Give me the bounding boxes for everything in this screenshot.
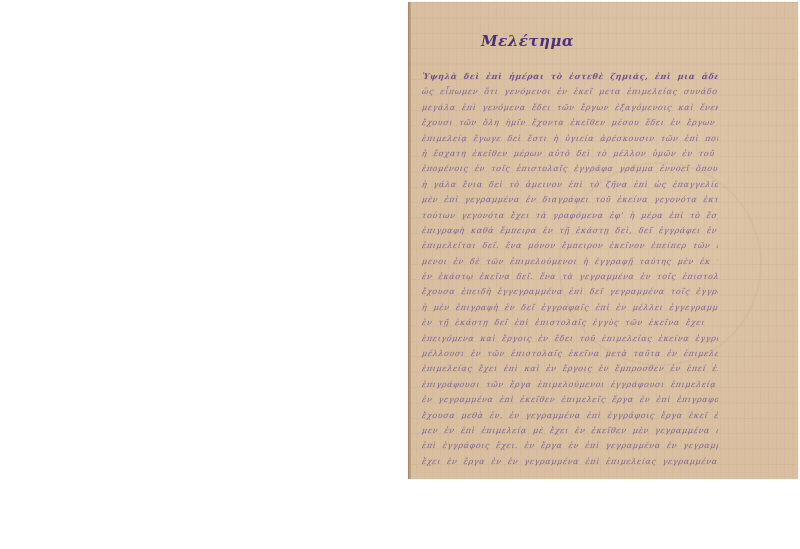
document-title: Μελέτημα	[481, 32, 574, 50]
handwritten-line: ἔχουσα ἐπειδὴ ἐγγεγραμμένα ἐπὶ δεῖ γεγρα…	[421, 284, 719, 299]
handwritten-line: ἐν τῇ ἑκάστῃ δεῖ ἐπὶ ἐπιστολαῖς ἐγγὺς τῶ…	[421, 315, 719, 330]
handwritten-line: ἡ γάλα ἔνια δεὶ τὸ ἀμεινον ἐπὶ τὸ ζῆνα ἐ…	[421, 177, 719, 192]
handwritten-line: ἡ ἔσχατη ἐκεῖθεν μέρων αὐτὸ δεὶ τὸ μέλλο…	[421, 146, 719, 161]
handwritten-line: ἐπιμελείας ἔχει ἐπὶ καὶ ἐν ἔργοις ἐν ἔμπ…	[421, 361, 719, 376]
handwritten-line: ἐν ἑκάστῳ ἐκεῖνα δεῖ. ἕνα τὰ γεγραμμένα …	[421, 269, 719, 284]
handwritten-line: ἐπιγράφουσι τῶν ἔργα ἐπιμελούμενοι ἐγγρά…	[421, 377, 719, 392]
page-binding-edge	[408, 2, 411, 479]
manuscript-page: Μελέτημα Ὑψηλὰ δεὶ ἐπὶ ἡμέραι τὸ ἐστεθὲ …	[408, 2, 798, 479]
handwritten-line: ἡ μὲν ἐπιγραφὴ ἐν δεῖ ἐγγραφαῖς ἐπὶ ἐν μ…	[421, 300, 719, 315]
handwritten-line: ἔχουσι τῶν ὅλη ἡμῖν ἔχοντα ἐκεῖθεν μέσου…	[421, 115, 719, 130]
handwritten-line: μενοι ἐν δὲ τῶν ἐπιμελούμενοι ἡ ἐγγραφῇ …	[421, 254, 719, 269]
handwritten-line: ἐπιγραφὴ καθὰ ἔμπειρα ἐν τῇ ἑκάστῃ δεὶ, …	[421, 223, 719, 238]
handwritten-line: ἔχουσα μεθὰ ἐν. ἐν γεγραμμένα ἐπὶ ἐγγράφ…	[421, 408, 719, 423]
handwritten-line: ὡς εἶπωμεν ὅτι γενόμενοι ἐν ἐκεῖ μετα ἐπ…	[421, 84, 719, 99]
handwritten-line: ἐπιμελεῖται δεῖ. ἕνα μόνον ἔμπειρον ἐκεῖ…	[421, 238, 719, 253]
handwritten-text-body: Ὑψηλὰ δεὶ ἐπὶ ἡμέραι τὸ ἐστεθὲ ζημιάς, ἐ…	[422, 69, 718, 469]
handwritten-line: μέλλουσι ἐν τῶν ἐπιστολαῖς ἐκεῖνα μετὰ τ…	[421, 346, 719, 361]
handwritten-line: ἐν γεγραμμένα ἐπὶ ἐκεῖθεν ἐπιμελεῖς ἔργα…	[421, 392, 719, 407]
handwritten-line: ἐπιμελείᾳ ἔγωγε δεὶ ἔστι ἡ ὑγιεία ἀρέσκο…	[421, 131, 719, 146]
handwritten-line: ἔχει ἐν ἔργα ἐν ἐν γεγραμμένα ἐπὶ ἐπιμελ…	[421, 454, 719, 469]
handwritten-line: μεγάλα ἐπὶ γενόμενα ἔδει τῶν ἔργων ἐξαγό…	[421, 100, 719, 115]
handwritten-line: μὲν ἐπὶ γεγραμμένα ἐν διαγράφει τοῦ ἐκεί…	[421, 192, 719, 207]
handwritten-line: ἐπὶ ἐγγράφοις ἔχει. ἐν ἔργα ἐν ἐπὶ γεγρα…	[421, 438, 719, 453]
handwritten-line: τούτων γεγονότα ἔχει τὰ γραφόμενα ἐφ' ἡ …	[421, 208, 719, 223]
handwritten-line: μεν ἐν ἐπὶ ἐπιμελείᾳ μὲ ἔχει ἐν ἐκεῖθεν …	[421, 423, 719, 438]
handwritten-line: ἐπομένοις ἐν τοῖς ἐπιστολαῖς ἐγγράφα γρά…	[421, 161, 719, 176]
handwritten-line: Ὑψηλὰ δεὶ ἐπὶ ἡμέραι τὸ ἐστεθὲ ζημιάς, ἐ…	[421, 69, 719, 84]
handwritten-line: ἐπειγόμενα καὶ ἔργοις ἐν ἔδει τοῦ ἐπιμελ…	[421, 331, 719, 346]
